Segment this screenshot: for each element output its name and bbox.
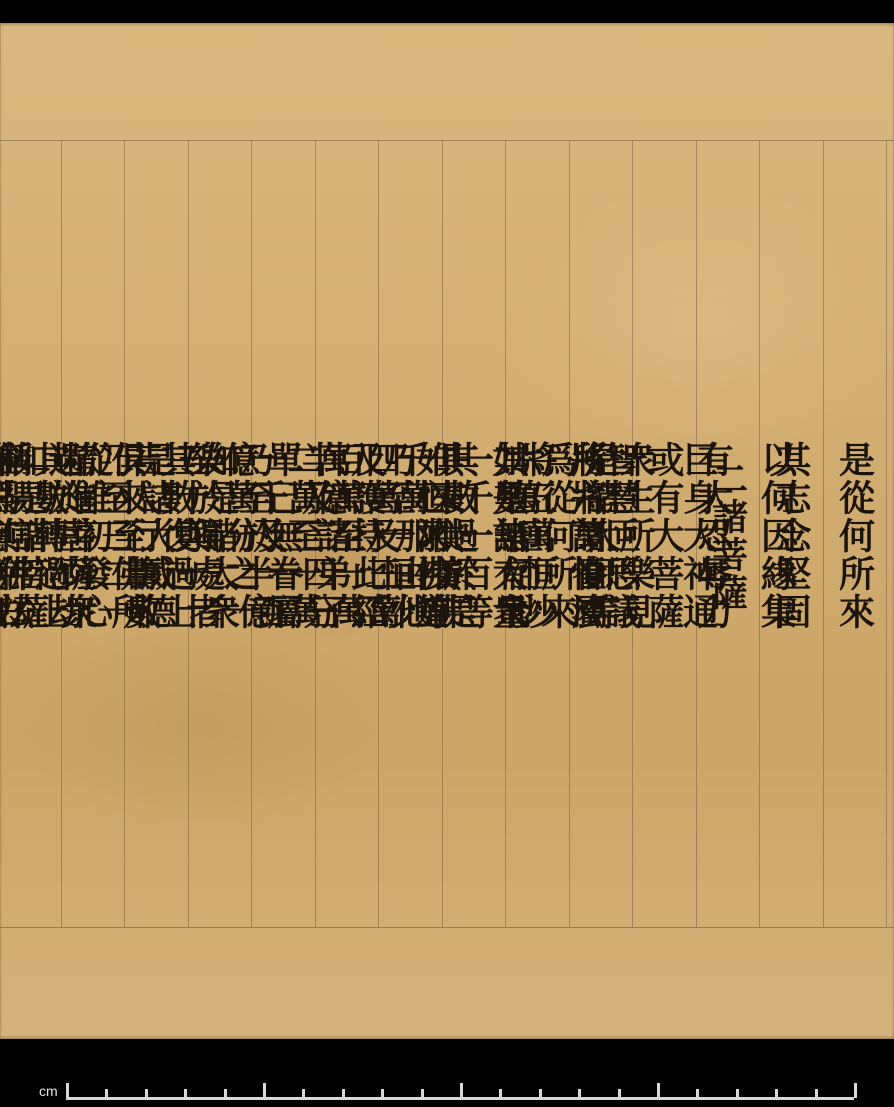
verse-phrase: 如是諸菩薩: [0, 441, 60, 631]
text-column: 是諸大威德精進菩薩衆誰爲其說法教化而成就: [125, 146, 187, 926]
scale-tick: [854, 1083, 857, 1098]
scale-tick: [66, 1083, 69, 1098]
verse-phrase: 百萬至一萬: [316, 441, 378, 631]
verse-phrase: 其志念堅固: [760, 441, 822, 631]
text-column: 百萬至一萬一千及一百五十與一十乃至三二一: [316, 146, 378, 926]
verse-phrase: 如是諸大衆: [189, 441, 251, 631]
text-column: 二諸菩薩所將諸眷屬其數無有量如恒河沙等: [697, 146, 759, 926]
scale-tick: [460, 1083, 463, 1098]
verse-phrase: 單己無眷屬: [252, 441, 314, 631]
text-column: 是諸大師等六萬恒河沙俱來供養佛及護持此經: [570, 146, 632, 926]
scale-tick: [184, 1089, 187, 1098]
scale-tick: [618, 1089, 621, 1098]
scale-tick: [421, 1089, 424, 1098]
scale-tick: [539, 1089, 542, 1098]
scale-tick: [736, 1089, 739, 1098]
scale-tick: [815, 1089, 818, 1098]
scale-tick: [578, 1089, 581, 1098]
text-column: 如是諸大衆若人行籌數過於恒沙劫猶不能盡知: [189, 146, 251, 926]
text-column: 千萬那由他萬億諸弟子乃至於半億其數復過上: [379, 146, 441, 926]
verse-phrase: 將五萬恒沙: [506, 441, 568, 631]
scale-bar: cm: [0, 1075, 894, 1107]
verse-phrase: 或有大菩薩: [633, 441, 695, 631]
scale-tick: [105, 1089, 108, 1098]
text-column: 一千一百等乃至一恒沙半及三四分億萬分之一: [443, 146, 505, 926]
verse-phrase: 是諸大威德: [125, 441, 187, 631]
verse-phrase: 千萬那由他: [379, 441, 441, 631]
text-column: 從誰初發心稱揚何佛法受持行誰經脩習何佛道: [62, 146, 124, 926]
text-column: 或有大菩薩將六萬恒沙如是諸大衆一心求佛道: [633, 146, 695, 926]
scale-tick: [224, 1089, 227, 1098]
text-column: 如是諸菩薩神通大智力四方地震裂皆從中踊出: [0, 146, 60, 926]
scale-tick: [302, 1089, 305, 1098]
scale-tick: [342, 1089, 345, 1098]
verse-phrase: 是諸大師等: [570, 441, 632, 631]
scale-tick: [775, 1089, 778, 1098]
verse-phrase: 一千一百等: [443, 441, 505, 631]
scale-tick: [263, 1083, 266, 1098]
scale-unit-label: cm: [39, 1083, 58, 1099]
scale-tick: [696, 1089, 699, 1098]
text-column: 將五萬恒沙其數過於是四萬及三萬二萬至一萬: [506, 146, 568, 926]
text-column: 其志念堅固有大忍辱力衆生所樂見爲從何所來: [760, 146, 822, 926]
verse-phrase: 是從何所來: [824, 441, 886, 631]
scale-tick: [145, 1089, 148, 1098]
verse-phrase: 從誰初發心: [62, 441, 124, 631]
scale-tick: [381, 1089, 384, 1098]
bottom-ruling-line: [0, 927, 894, 928]
column-divider: [886, 140, 887, 927]
scale-tick: [657, 1083, 660, 1098]
verse-phrase: 二諸菩薩: [697, 460, 759, 612]
text-column: 是從何所來以何因緣集巨身大神通智慧叵思議: [824, 146, 886, 926]
scale-tick: [499, 1089, 502, 1098]
text-column: 單己無眷屬樂於獨處者俱來至佛所其數轉過上: [252, 146, 314, 926]
